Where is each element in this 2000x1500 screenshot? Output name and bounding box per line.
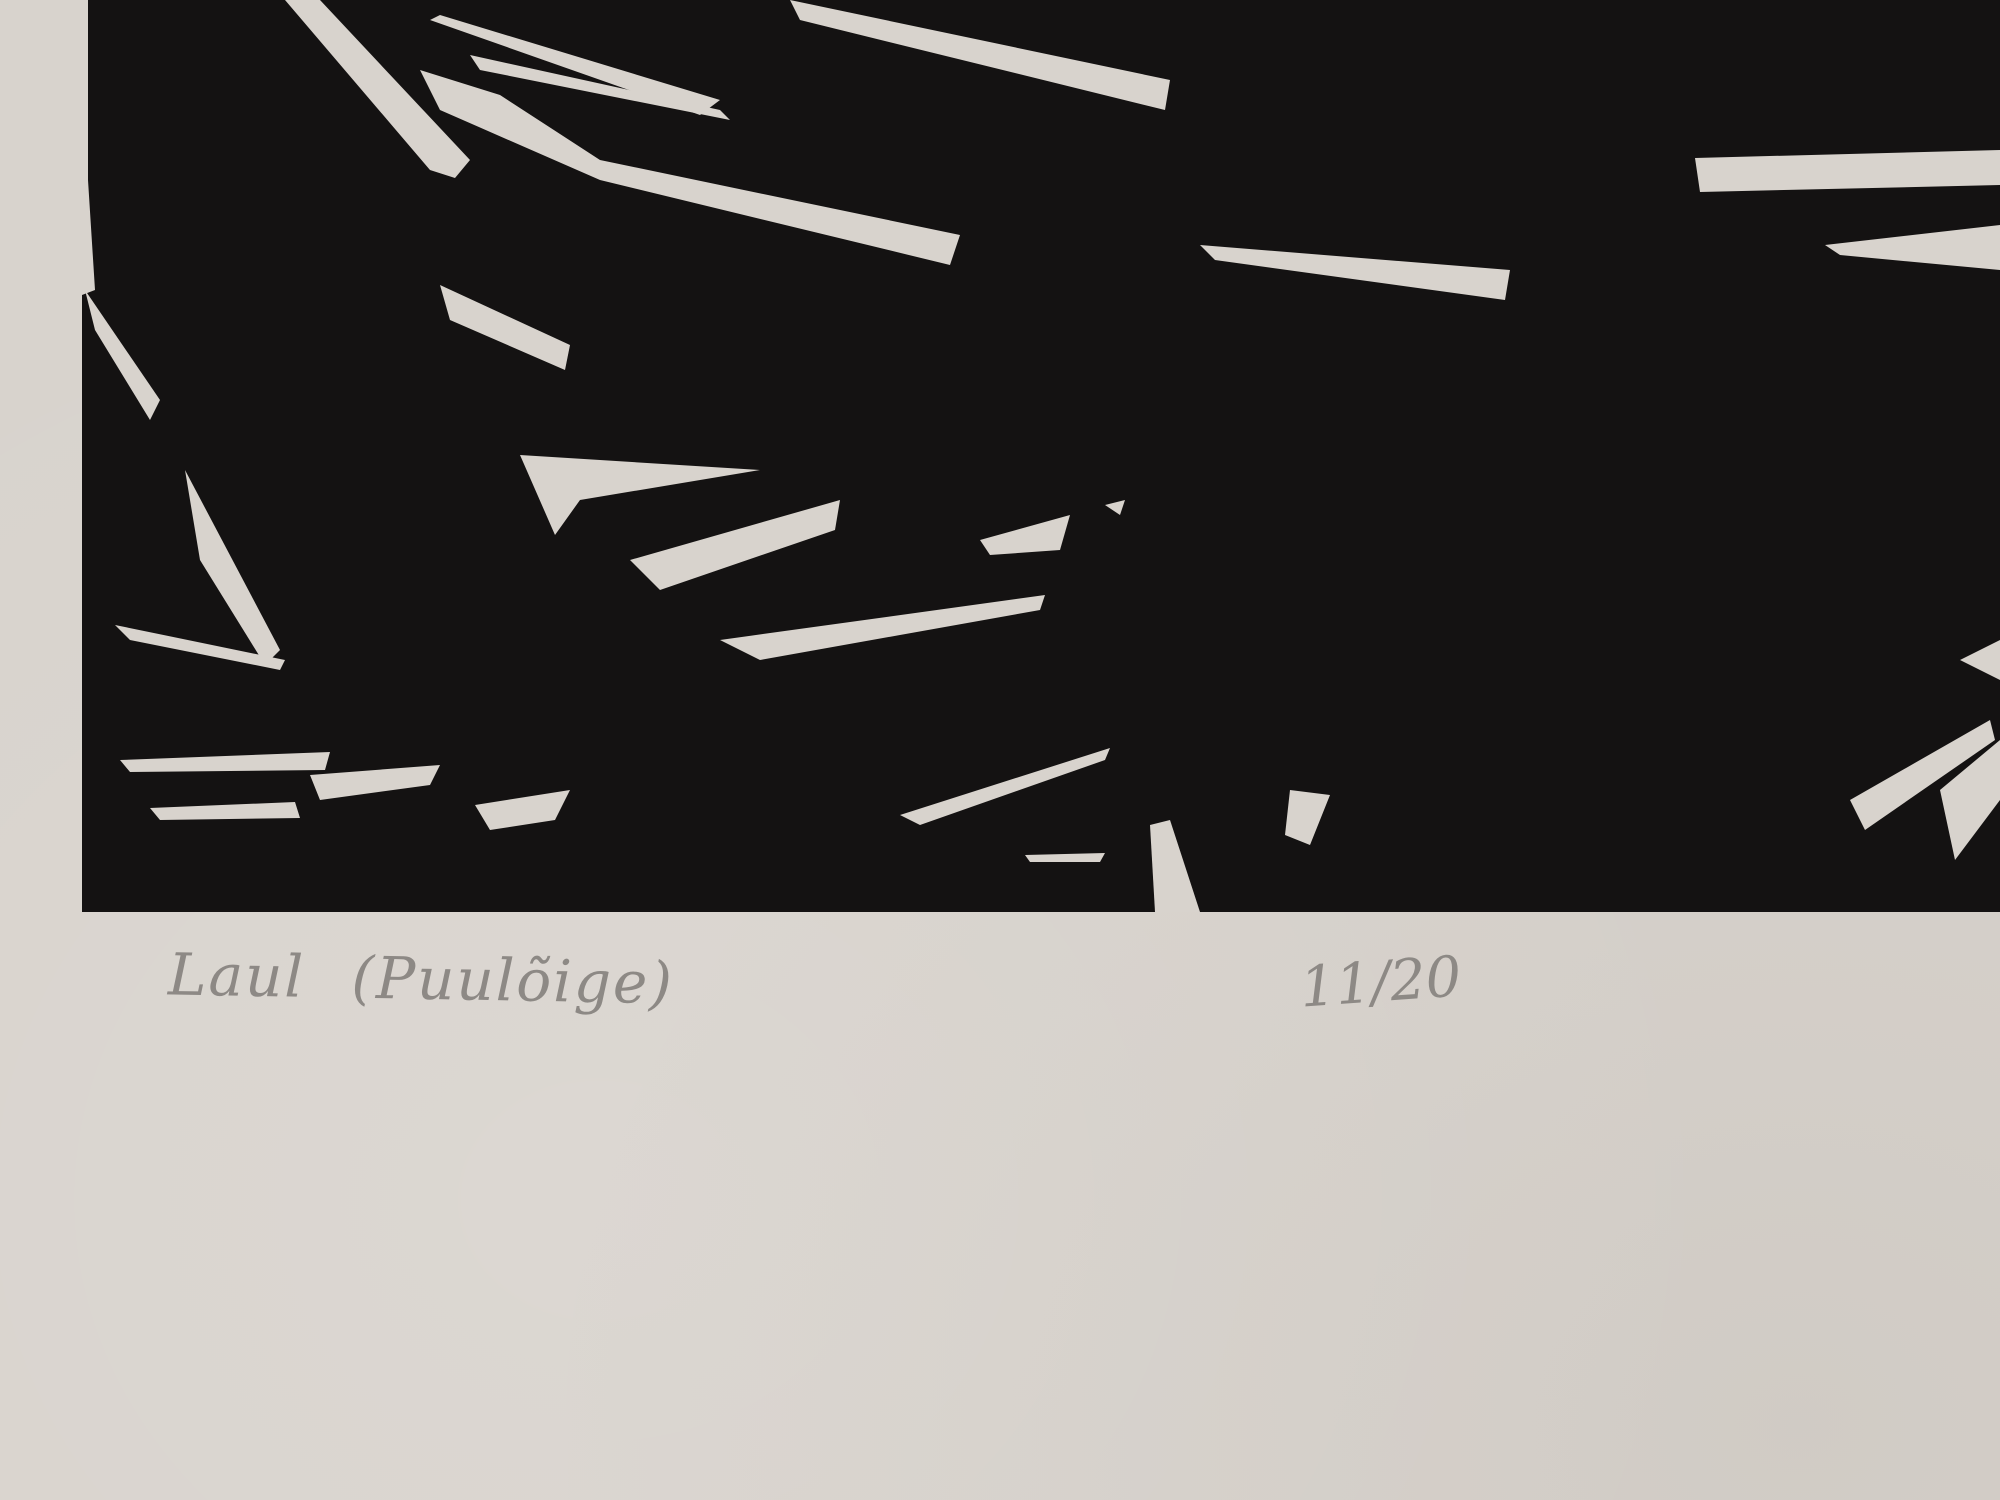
inscription-title: Laul bbox=[167, 940, 305, 1010]
edition-number: 11/20 bbox=[1298, 944, 1464, 1020]
pencil-inscription: Laul (Puulõige) bbox=[167, 940, 700, 1017]
inscription-technique: (Puulõige) bbox=[351, 944, 675, 1018]
woodcut-block bbox=[0, 0, 2000, 1500]
